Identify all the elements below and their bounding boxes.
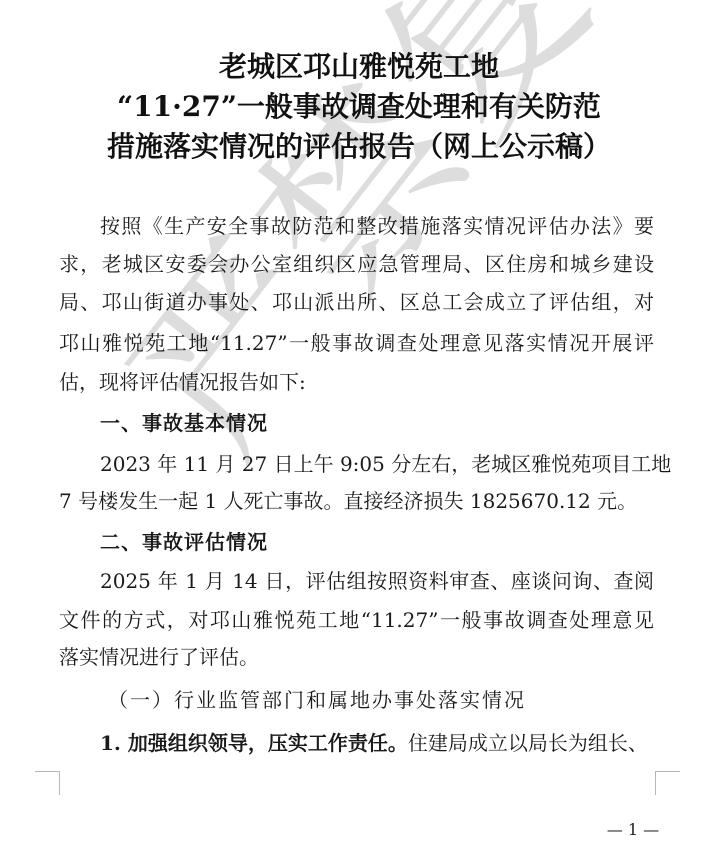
- section-heading-2: 二、事故评估情况: [100, 529, 654, 555]
- page-corner-mark-left: [35, 771, 60, 795]
- section2-line-1: 2025 年 1 月 14 日，评估组按照资料审查、座谈问询、查阅: [100, 568, 654, 594]
- section1-line-1: 2023 年 11 月 27 日上午 9:05 分左右，老城区雅悦苑项目工地: [100, 451, 654, 477]
- section1-line-2: 7 号楼发生一起 1 人死亡事故。直接经济损失 1825670.12 元。: [59, 488, 654, 514]
- title-line-1: 老城区邛山雅悦苑工地: [0, 49, 718, 85]
- page-corner-mark-right: [655, 771, 680, 795]
- subsection-heading: （一）行业监管部门和属地办事处落实情况: [108, 687, 654, 713]
- intro-line-4: 邛山雅悦苑工地“11.27”一般事故调查处理意见落实情况开展评: [59, 330, 654, 356]
- intro-line-1: 按照《生产安全事故防范和整改措施落实情况评估办法》要: [100, 213, 654, 239]
- page-number: — 1 —: [606, 820, 660, 839]
- item-1-text: 住建局成立以局长为组长、: [408, 731, 648, 755]
- item-1-bold-lead: 1. 加强组织领导，压实工作责任。: [100, 731, 408, 755]
- section2-line-3: 落实情况进行了评估。: [59, 644, 654, 670]
- document-page: 严禁复制 老城区邛山雅悦苑工地 “11·27”一般事故调查处理和有关防范 措施落…: [0, 0, 718, 855]
- title-line-2: “11·27”一般事故调查处理和有关防范: [0, 89, 718, 125]
- intro-line-5: 估，现将评估情况报告如下:: [59, 369, 654, 395]
- section2-line-2: 文件的方式，对邛山雅悦苑工地“11.27”一般事故调查处理意见: [59, 607, 654, 633]
- intro-line-2: 求，老城区安委会办公室组织区应急管理局、区住房和城乡建设: [59, 251, 654, 277]
- title-line-3: 措施落实情况的评估报告（网上公示稿）: [0, 129, 718, 165]
- intro-line-3: 局、邛山街道办事处、邛山派出所、区总工会成立了评估组，对: [59, 289, 654, 315]
- section-heading-1: 一、事故基本情况: [100, 410, 654, 436]
- item-1-line: 1. 加强组织领导，压实工作责任。住建局成立以局长为组长、: [100, 730, 654, 756]
